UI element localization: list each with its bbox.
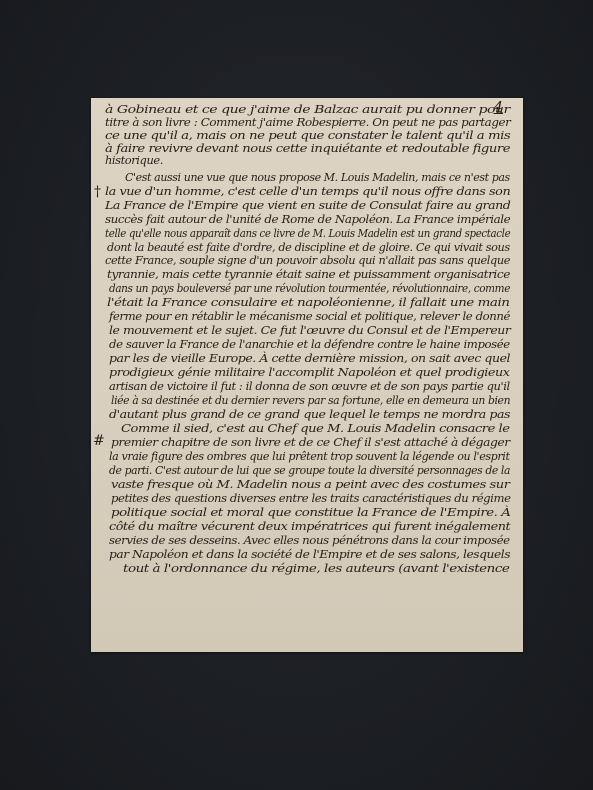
manuscript-line: tyrannie, mais cette tyrannie était sain… bbox=[107, 267, 510, 281]
manuscript-line: premier chapitre de son livre et de ce C… bbox=[111, 435, 510, 449]
manuscript-line: liée à sa destinée et du dernier revers … bbox=[111, 393, 510, 407]
manuscript-line: historique. bbox=[105, 153, 163, 167]
manuscript-line: par Napoléon et dans la société de l'Emp… bbox=[109, 547, 510, 561]
manuscript-line: de sauver la France de l'anarchie et la … bbox=[109, 337, 510, 351]
manuscript-line: à Gobineau et ce que j'aime de Balzac au… bbox=[105, 102, 510, 116]
manuscript-line: ce une qu'il a, mais on ne peut que cons… bbox=[105, 128, 510, 142]
manuscript-line: la vraie figure des ombres que lui prête… bbox=[109, 449, 510, 463]
manuscript-page: 4 † # à Gobineau et ce que j'aime de Bal… bbox=[91, 98, 523, 652]
manuscript-line: le mouvement et le sujet. Ce fut l'œuvre… bbox=[109, 323, 510, 337]
manuscript-line: petites des questions diverses entre les… bbox=[111, 491, 511, 505]
manuscript-line: politique social et moral que constitue … bbox=[111, 505, 510, 519]
manuscript-line: La France de l'Empire que vient en suite… bbox=[105, 198, 510, 212]
manuscript-line: l'était la France consulaire et napoléon… bbox=[107, 295, 509, 309]
margin-mark-cross: † bbox=[94, 184, 101, 200]
manuscript-line: d'autant plus grand de ce grand que lequ… bbox=[109, 407, 510, 421]
manuscript-line: servies de ses desseins. Avec elles nous… bbox=[109, 533, 510, 547]
manuscript-line: côté du maître vécurent deux impératrice… bbox=[109, 519, 510, 533]
manuscript-line: artisan de victoire il fut : il donna de… bbox=[109, 379, 510, 393]
manuscript-line: la vue d'un homme, c'est celle d'un temp… bbox=[105, 184, 510, 198]
manuscript-line: de parti. C'est autour de lui que se gro… bbox=[109, 463, 510, 477]
manuscript-line: succès fait autour de l'unité de Rome de… bbox=[105, 212, 510, 226]
manuscript-line: prodigieux génie militaire l'accomplit N… bbox=[109, 365, 509, 379]
manuscript-line: à faire revivre devant nous cette inquié… bbox=[105, 141, 510, 155]
manuscript-line: dans un pays bouleversé par une révoluti… bbox=[109, 281, 510, 295]
manuscript-line: telle qu'elle nous apparaît dans ce livr… bbox=[105, 226, 510, 240]
manuscript-line: dont la beauté est faite d'ordre, de dis… bbox=[107, 240, 510, 254]
manuscript-line: tout à l'ordonnance du régime, les auteu… bbox=[123, 561, 509, 575]
manuscript-line: vaste fresque où M. Madelin nous a peint… bbox=[111, 477, 509, 491]
manuscript-line: cette France, souple signe d'un pouvoir … bbox=[105, 253, 510, 267]
manuscript-line: par les de vieille Europe. À cette derni… bbox=[109, 351, 510, 365]
manuscript-line: C'est aussi une vue que nous propose M. … bbox=[125, 170, 510, 184]
manuscript-line: Comme il sied, c'est au Chef que M. Loui… bbox=[121, 421, 510, 435]
margin-mark-hash: # bbox=[93, 433, 105, 449]
manuscript-line: ferme pour en rétablir le mécanisme soci… bbox=[109, 309, 510, 323]
manuscript-line: titre à son livre : Comment j'aime Robes… bbox=[105, 115, 510, 129]
